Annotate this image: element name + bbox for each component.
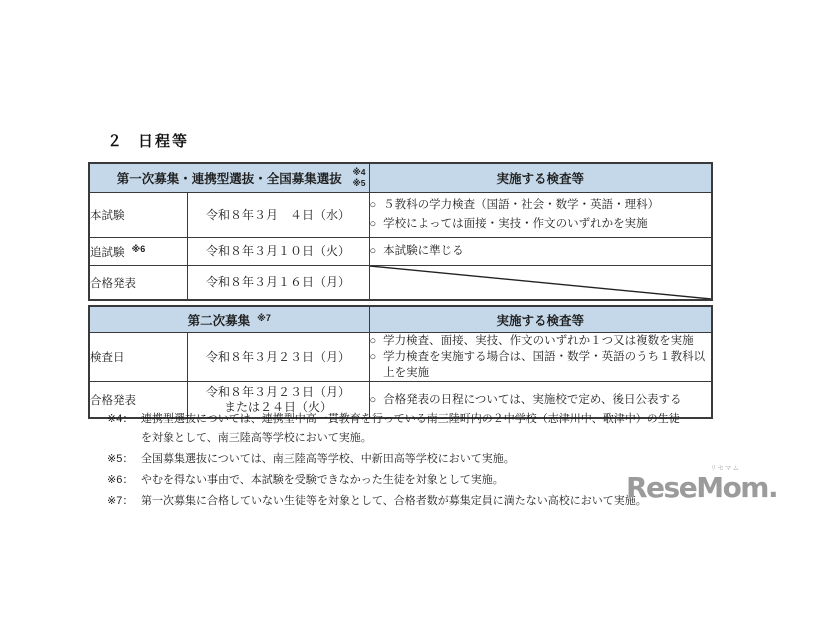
table2-header-right: 実施する検査等 <box>369 306 712 333</box>
row-items: ○ 学力検査、面接、実技、作文のいずれか１つ又は複数を実施 ○ 学力検査を実施す… <box>369 333 712 382</box>
row-label: 検査日 <box>89 333 187 382</box>
page-title: ２ 日程等 <box>107 130 189 151</box>
second-recruitment-table: 第二次募集※7 実施する検査等 検査日 令和８年３月２３日（月） ○ 学力検査、… <box>88 305 713 419</box>
list-item: ○ ５教科の学力検査（国語・社会・数学・英語・理科） <box>370 196 711 215</box>
circle-bullet: ○ <box>370 196 377 215</box>
row-items: ○ 本試験に準じる <box>369 238 712 266</box>
footnote-text-line: 連携型選抜については、連携型中高一貫教育を行っている南三陸町内の２中学校（志津川… <box>141 410 747 429</box>
diagonal-strike-line <box>370 266 711 299</box>
section-title-text: 日程等 <box>138 130 189 151</box>
footnote-mark-7: ※7 <box>257 313 271 323</box>
document-page: ２ 日程等 第一次募集・連携型選抜・全国募集選抜 ※4 ※5 実施する検査等 本… <box>0 0 826 620</box>
table2-header-left: 第二次募集※7 <box>89 306 369 333</box>
circle-bullet: ○ <box>370 333 377 349</box>
crossed-out-cell <box>369 266 712 301</box>
section-number: ２ <box>107 130 122 151</box>
footnote-label: ※4： <box>107 410 141 448</box>
table1-header-marks: ※4 ※5 <box>353 167 366 189</box>
circle-bullet: ○ <box>370 242 377 261</box>
footnote-text-line: を対象として、南三陸高等学校において実施。 <box>141 429 747 448</box>
table-row: 追試験※6 令和８年３月１０日（火） ○ 本試験に準じる <box>89 238 712 266</box>
table1-header-title: 第一次募集・連携型選抜・全国募集選抜 <box>117 172 342 186</box>
table2-header-title: 第二次募集 <box>188 314 251 328</box>
footnote-mark-6: ※6 <box>132 244 146 254</box>
footnote-4: ※4： 連携型選抜については、連携型中高一貫教育を行っている南三陸町内の２中学校… <box>107 410 747 448</box>
circle-bullet: ○ <box>370 392 377 408</box>
footnote-mark-5: ※5 <box>353 178 366 189</box>
circle-bullet: ○ <box>370 215 377 234</box>
first-recruitment-table: 第一次募集・連携型選抜・全国募集選抜 ※4 ※5 実施する検査等 本試験 令和８… <box>88 162 713 301</box>
list-item: ○ 学力検査、面接、実技、作文のいずれか１つ又は複数を実施 <box>370 333 712 349</box>
row-date: 令和８年３月２３日（月） <box>187 333 369 382</box>
date-line-1: 令和８年３月２３日（月） <box>188 385 369 400</box>
circle-bullet: ○ <box>370 349 377 365</box>
table-header-row: 第一次募集・連携型選抜・全国募集選抜 ※4 ※5 実施する検査等 <box>89 163 712 193</box>
table-row: 本試験 令和８年３月 ４日（水） ○ ５教科の学力検査（国語・社会・数学・英語・… <box>89 193 712 238</box>
row-date: 令和８年３月１６日（月） <box>187 266 369 301</box>
row-date: 令和８年３月１０日（火） <box>187 238 369 266</box>
table1-header-right: 実施する検査等 <box>369 163 712 193</box>
footnote-label: ※7： <box>107 492 141 511</box>
table-row: 合格発表 令和８年３月１６日（月） <box>89 266 712 301</box>
row-items: ○ ５教科の学力検査（国語・社会・数学・英語・理科） ○ 学校によっては面接・実… <box>369 193 712 238</box>
resemom-logo: リセマム ReseMom. <box>626 465 756 503</box>
list-item: ○ 学力検査を実施する場合は、国語・数学・英語のうち１教科以上を実施 <box>370 349 712 381</box>
row-date: 令和８年３月 ４日（水） <box>187 193 369 238</box>
table1-header-left: 第一次募集・連携型選抜・全国募集選抜 ※4 ※5 <box>89 163 369 193</box>
row-label: 合格発表 <box>89 266 187 301</box>
footnote-label: ※5： <box>107 450 141 469</box>
table-header-row: 第二次募集※7 実施する検査等 <box>89 306 712 333</box>
row-label: 本試験 <box>89 193 187 238</box>
list-item: ○ 学校によっては面接・実技・作文のいずれかを実施 <box>370 215 711 234</box>
list-item: ○ 本試験に準じる <box>370 242 711 261</box>
list-item: ○ 合格発表の日程については、実施校で定め、後日公表する <box>370 392 712 408</box>
table-row: 検査日 令和８年３月２３日（月） ○ 学力検査、面接、実技、作文のいずれか１つ又… <box>89 333 712 382</box>
footnote-label: ※6： <box>107 471 141 490</box>
footnote-mark-4: ※4 <box>353 167 366 178</box>
resemom-logo-text: ReseMom. <box>626 473 756 503</box>
row-label: 追試験※6 <box>89 238 187 266</box>
